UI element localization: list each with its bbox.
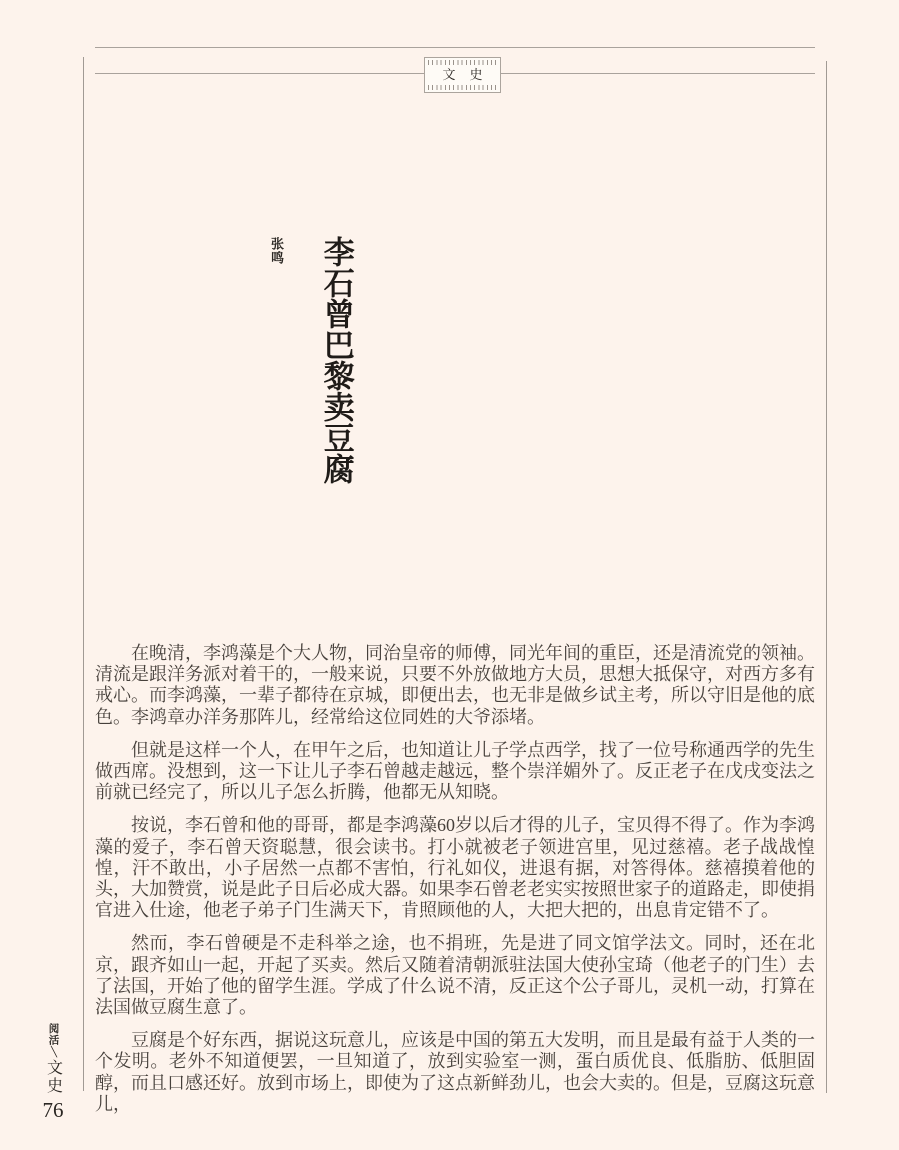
- article-body: 在晚清，李鸿藻是个大人物，同治皇帝的师傅，同光年间的重臣，还是清流党的领袖。清流…: [95, 643, 815, 1115]
- footer-page-number: 76: [43, 1100, 64, 1121]
- filmstrip-perforation-bottom: [428, 85, 497, 90]
- article-title: 李石曾巴黎卖豆腐: [319, 236, 353, 496]
- right-margin-rule: [826, 61, 827, 1093]
- footer-section-label: 文史: [42, 1059, 65, 1095]
- footer-magazine-label: 阅活: [46, 1023, 61, 1046]
- magazine-page: 文史 张鸣 李石曾巴黎卖豆腐 在晚清，李鸿藻是个大人物，同治皇帝的师傅，同光年间…: [0, 0, 899, 1150]
- body-paragraph: 在晚清，李鸿藻是个大人物，同治皇帝的师傅，同光年间的重臣，还是清流党的领袖。清流…: [95, 643, 815, 728]
- header-section-box: 文史: [424, 57, 501, 93]
- article-author: 张鸣: [267, 237, 286, 265]
- body-paragraph: 但就是这样一个人，在甲午之后，也知道让儿子学点西学，找了一位号称通西学的先生做西…: [95, 740, 815, 804]
- body-paragraph: 豆腐是个好东西，据说这玩意儿，应该是中国的第五大发明，而且是最有益于人类的一个发…: [95, 1030, 815, 1115]
- filmstrip-perforation-top: [428, 60, 497, 65]
- footer-folio: 阅活 ╲ 文史 76: [38, 1023, 68, 1121]
- left-margin-rule: [83, 57, 84, 1091]
- body-paragraph: 然而，李石曾硬是不走科举之途，也不捐班，先是进了同文馆学法文。同时，还在北京，跟…: [95, 933, 815, 1018]
- header-rule-top: [95, 47, 815, 48]
- header-section-label: 文史: [428, 68, 497, 82]
- body-paragraph: 按说，李石曾和他的哥哥，都是李鸿藻60岁以后才得的儿子，宝贝得不得了。作为李鸿藻…: [95, 815, 815, 921]
- footer-divider-slash: ╲: [51, 1047, 57, 1058]
